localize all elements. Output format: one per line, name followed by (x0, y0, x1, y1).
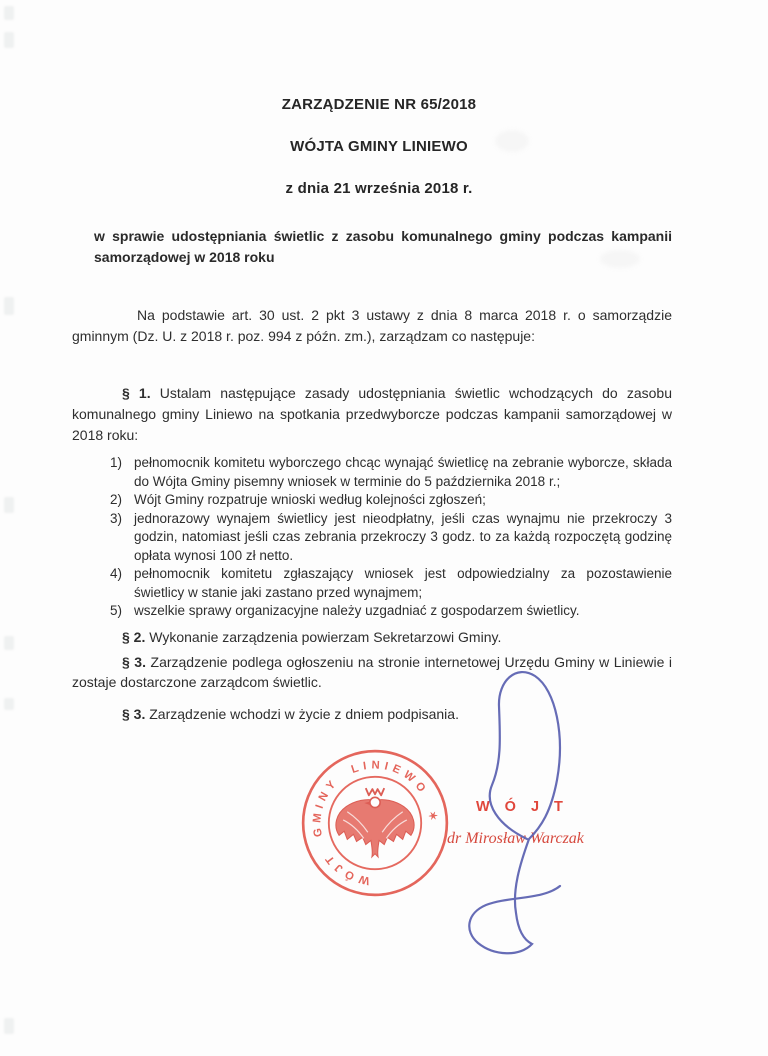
list-item-number: 1) (110, 454, 134, 491)
paragraph-2-label: § 2. (122, 629, 145, 645)
numbered-list: 1) pełnomocnik komitetu wyborczego chcąc… (110, 454, 672, 621)
list-item: 4) pełnomocnik komitetu zgłaszający wnio… (110, 565, 672, 602)
paragraph-2-text: Wykonanie zarządzenia powierzam Sekretar… (149, 629, 501, 645)
document-header: ZARZĄDZENIE NR 65/2018 WÓJTA GMINY LINIE… (72, 96, 672, 198)
scan-artifact (4, 297, 14, 315)
ordinance-date: z dnia 21 września 2018 r. (86, 180, 672, 198)
legal-basis-paragraph: Na podstawie art. 30 ust. 2 pkt 3 ustawy… (72, 305, 672, 347)
paragraph-3-label: § 3. (122, 654, 146, 670)
paragraph-4-label: § 3. (122, 706, 145, 722)
list-item: 3) jednorazowy wynajem świetlicy jest ni… (110, 510, 672, 566)
subject-line: w sprawie udostępniania świetlic z zasob… (94, 226, 672, 268)
list-item: 1) pełnomocnik komitetu wyborczego chcąc… (110, 454, 672, 491)
paragraph-4-text: Zarządzenie wchodzi w życie z dniem podp… (149, 706, 459, 722)
paragraph-1: § 1. Ustalam następujące zasady udostępn… (72, 383, 672, 446)
list-item-number: 5) (110, 602, 134, 621)
scanned-document-page: ZARZĄDZENIE NR 65/2018 WÓJTA GMINY LINIE… (0, 0, 768, 1056)
paragraph-1-label: § 1. (122, 385, 151, 401)
document-body: ZARZĄDZENIE NR 65/2018 WÓJTA GMINY LINIE… (72, 0, 672, 724)
list-item-number: 2) (110, 491, 134, 510)
issuer-title: WÓJTA GMINY LINIEWO (86, 138, 672, 156)
list-item-text: pełnomocnik komitetu wyborczego chcąc wy… (134, 454, 672, 491)
official-round-seal: WÓJT GMINY LINIEWO ✶ (298, 746, 452, 900)
paper-smudge (495, 130, 529, 152)
paragraph-1-text: Ustalam następujące zasady udostępniania… (72, 385, 672, 443)
list-item-number: 3) (110, 510, 134, 566)
list-item-number: 4) (110, 565, 134, 602)
list-item: 5) wszelkie sprawy organizacyjne należy … (110, 602, 672, 621)
list-item-text: Wójt Gminy rozpatruje wnioski według kol… (134, 491, 672, 510)
paper-smudge (600, 250, 640, 268)
eagle-emblem-icon (336, 788, 414, 857)
scan-artifact (4, 6, 14, 20)
list-item-text: jednorazowy wynajem świetlicy jest nieod… (134, 510, 672, 566)
list-item-text: pełnomocnik komitetu zgłaszający wniosek… (134, 565, 672, 602)
scan-artifact (4, 1018, 14, 1034)
handwritten-signature (430, 655, 590, 975)
ordinance-number: ZARZĄDZENIE NR 65/2018 (86, 96, 672, 114)
scan-artifact (4, 636, 14, 650)
paragraph-2: § 2. Wykonanie zarządzenia powierzam Sek… (72, 627, 672, 647)
list-item-text: wszelkie sprawy organizacyjne należy uzg… (134, 602, 672, 621)
scan-artifact (4, 497, 14, 513)
list-item: 2) Wójt Gminy rozpatruje wnioski według … (110, 491, 672, 510)
scan-artifact (4, 32, 14, 48)
scan-artifact (4, 698, 14, 710)
